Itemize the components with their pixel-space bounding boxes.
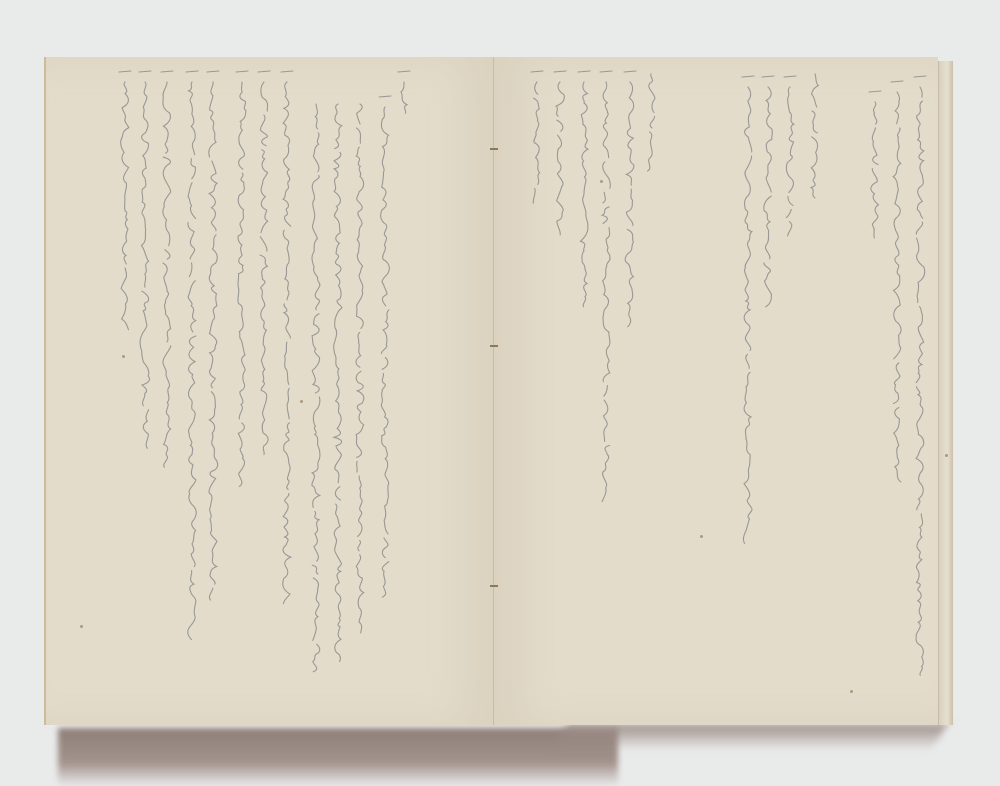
stitch-mark [490,148,498,150]
handwritten-column [205,70,219,594]
stitch-mark [490,345,498,347]
handwritten-column [279,70,293,604]
paper-speck [300,400,303,403]
binding-gutter [493,57,494,725]
paper-speck [945,454,948,457]
handwritten-column [782,75,796,229]
handwritten-column [184,70,198,634]
paper-speck [700,535,703,538]
handwritten-column [867,90,881,234]
handwritten-column [352,100,366,634]
handwritten-column [576,70,590,304]
paper-speck [600,180,603,183]
handwritten-column [396,70,410,114]
handwritten-column [622,70,636,324]
handwritten-column [159,70,173,464]
handwritten-column [308,100,322,674]
handwritten-column [377,95,391,599]
handwritten-column [889,80,903,484]
handwritten-column [912,75,926,679]
stitch-mark [490,585,498,587]
handwritten-column [330,100,344,664]
paper-speck [850,690,853,693]
handwritten-column [598,70,612,499]
page-stack-edge [938,61,953,725]
handwritten-column [234,70,248,494]
handwritten-column [137,70,151,454]
handwritten-column [529,70,543,204]
handwritten-column [760,75,774,309]
book-shadow [58,728,618,786]
handwritten-column [643,70,657,169]
handwritten-column [552,70,566,234]
handwritten-column [807,70,821,194]
handwritten-column [256,70,270,454]
paper-speck [80,625,83,628]
handwritten-column [117,70,131,324]
page-curl-shadow [552,724,947,750]
handwritten-column [740,75,754,539]
paper-speck [122,355,125,358]
